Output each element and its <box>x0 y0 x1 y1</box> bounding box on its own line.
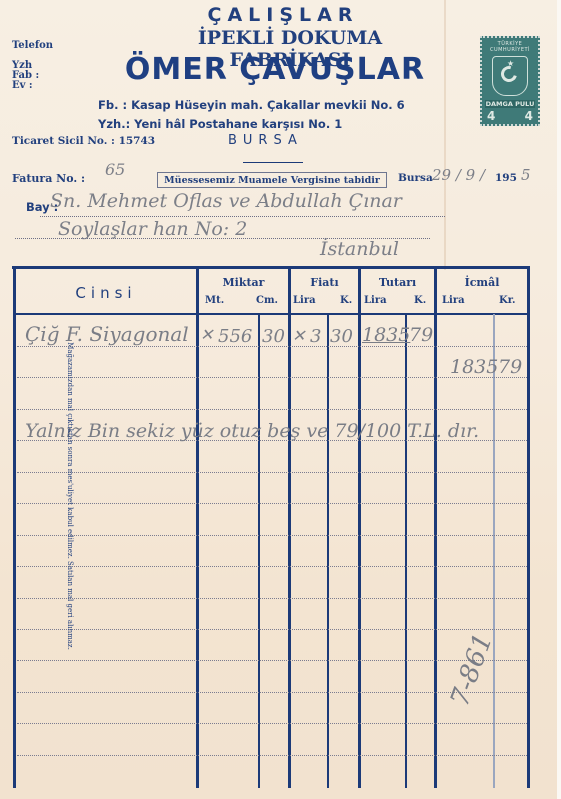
company-name-line1: ÇALIŞLAR <box>183 4 383 26</box>
company-city: BURSA <box>228 133 303 148</box>
phone-label-ev: Ev : <box>12 81 39 91</box>
stamp-value: 4 4 <box>482 108 538 124</box>
invoice-date-handwritten: 29 / 9 / <box>432 166 485 184</box>
side-disclaimer: Mağazamızdan mal çıktıktan sonra mes'uli… <box>66 331 74 661</box>
stamp-label: DAMGA PULU <box>485 100 535 108</box>
place-label: Bursa <box>398 172 433 184</box>
header-tutari: Tutarı <box>361 276 434 289</box>
phone-labels: Yzh Fab : Ev : <box>12 61 39 91</box>
tax-notice-box: Müessesemiz Muamele Vergisine tabidir <box>157 172 387 188</box>
recipient-dotted-line-2 <box>15 238 430 239</box>
row-line <box>17 723 527 724</box>
col-divider-mt-cm <box>258 314 260 788</box>
header-miktar-cm: Cm. <box>256 295 278 306</box>
icmal-total-kr: 79 <box>498 356 522 378</box>
row-miktar-mt: 556 <box>218 326 252 347</box>
recipient-address: Soylaşlar han No: 2 <box>58 218 247 240</box>
header-fiati-k: K. <box>340 295 352 306</box>
year-handwritten: 5 <box>521 166 531 184</box>
header-miktar: Miktar <box>199 276 288 289</box>
table-border-right <box>527 269 530 788</box>
col-divider-icmal-lira-kr <box>493 314 495 788</box>
row-line <box>17 598 527 599</box>
header-icmal-lira: Lira <box>442 295 465 306</box>
header-icmal-kr: Kr. <box>499 295 516 306</box>
invoice-number-label: Fatura No. : <box>12 172 85 185</box>
header-fiati: Fiatı <box>291 276 358 289</box>
col-divider-tutari-lira-k <box>405 314 407 788</box>
row-miktar-cm: 30 <box>262 326 285 347</box>
icmal-total-lira: 1835 <box>450 356 498 378</box>
revenue-stamp: TÜRKİYE CUMHURİYETİ ★ DAMGA PULU 4 4 <box>480 36 540 126</box>
stamp-top-text: TÜRKİYE CUMHURİYETİ <box>482 41 538 53</box>
row-line <box>17 472 527 473</box>
row-line <box>17 409 527 410</box>
invoice-number-value: 65 <box>105 160 125 179</box>
reference-number: 7-861 <box>445 630 499 711</box>
table-header-rule <box>15 313 527 315</box>
recipient-name: Sn. Mehmet Oflas ve Abdullah Çınar <box>50 190 402 212</box>
office-address: Yzh.: Yeni hâl Postahane karşısı No. 1 <box>98 117 342 131</box>
col-divider-fiati-lira-k <box>327 314 329 788</box>
check-mark-icon: ✕ <box>200 325 213 344</box>
recipient-city: İstanbul <box>320 238 399 260</box>
paper-fold <box>444 0 446 270</box>
row-tutari-k: 79 <box>409 324 433 346</box>
trade-registry-number: Ticaret Sicil No. : 15743 <box>12 135 155 147</box>
row-fiati-k: 30 <box>330 326 353 347</box>
crescent-star-icon: ★ <box>492 56 528 96</box>
row-line <box>17 503 527 504</box>
row-line <box>17 535 527 536</box>
crescent-icon <box>498 63 520 85</box>
owner-name: ÖMER ÇAVUŞLAR <box>80 52 470 87</box>
table-top-rule <box>12 266 530 269</box>
row-item-description: Çiğ F. Siyagonal <box>25 322 189 346</box>
row-line <box>17 755 527 756</box>
row-line <box>17 566 527 567</box>
header-tutari-k: K. <box>414 295 426 306</box>
header-icmal: İcmâl <box>437 276 527 289</box>
row-fiati-lira: 3 <box>310 326 321 347</box>
decorative-rule <box>243 162 303 163</box>
factory-address: Fb. : Kasap Hüseyin mah. Çakallar mevkii… <box>98 98 405 112</box>
header-cinsi: Cinsi <box>15 284 197 302</box>
recipient-dotted-line-1 <box>40 216 445 217</box>
telefon-label: Telefon <box>12 40 53 51</box>
row-tutari-lira: 1835 <box>362 324 410 346</box>
header-tutari-lira: Lira <box>364 295 387 306</box>
row-line <box>17 629 527 630</box>
row-line <box>17 660 527 661</box>
stamp-value-right: 4 <box>525 109 533 123</box>
table-border-left <box>13 269 16 788</box>
header-miktar-mt: Mt. <box>205 295 224 306</box>
header-fiati-lira: Lira <box>293 295 316 306</box>
amount-in-words: Yalnız Bin sekiz yüz otuz beş ve 79/100 … <box>25 420 479 442</box>
paper-edge <box>557 0 561 799</box>
year-printed: 195 <box>495 172 517 184</box>
check-mark-icon: ✕ <box>292 326 305 345</box>
stamp-value-left: 4 <box>487 109 495 123</box>
